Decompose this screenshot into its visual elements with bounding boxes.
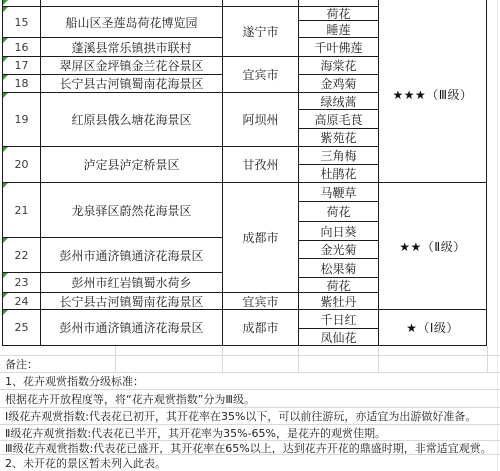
cell-flag-icon: [3, 238, 8, 243]
flower-cell[interactable]: 马鞭草: [299, 183, 378, 202]
gridline: [298, 356, 299, 372]
notes-section: 备注： 1、花卉观赏指数分级标准： 根据花卉开放程度等，将“花卉观赏指数”分为Ⅲ…: [0, 346, 500, 471]
flower-cell[interactable]: 千叶佛莲: [299, 38, 378, 56]
table-row: 23 彭州市红岩镇蜀水荷乡: [3, 273, 223, 292]
cell-flag-icon: [3, 183, 8, 188]
flower-name: 金鸡菊: [320, 75, 356, 92]
note-line[interactable]: 2、未开花的景区暂未列入此表。: [0, 455, 500, 471]
city-group: 20 泸定县泸定桥景区 甘孜州 三角梅 杜鹃花: [3, 147, 379, 182]
flower-name: 千日红: [320, 311, 356, 328]
note-text: Ⅱ级花卉观赏指数:代表花已半开，其开花率为35%-65%，是花卉的观赏佳期。: [5, 425, 386, 441]
gridline: [487, 346, 488, 355]
scenic-area-name: 长宁县古河镇蜀南花海景区: [59, 75, 203, 92]
scenic-area-name: 龙泉驿区蔚然花海景区: [71, 202, 191, 219]
city-name: 成都市: [242, 319, 278, 336]
flower-cell[interactable]: 荷花: [299, 278, 378, 292]
flower-cell[interactable]: 海棠花: [299, 57, 378, 75]
row-number-cell[interactable]: 17: [3, 57, 41, 74]
cell-flag-icon: [3, 75, 8, 80]
flower-name: 紫苑花: [320, 129, 356, 146]
row-number-cell[interactable]: 25: [3, 310, 41, 345]
city-name: 阿坝州: [242, 111, 278, 128]
table-row: 20 泸定县泸定桥景区: [3, 147, 223, 182]
rating-cell[interactable]: ★★（Ⅱ级）: [379, 183, 487, 309]
scenic-area-name-cell[interactable]: 长宁县古河镇蜀南花海景区: [41, 75, 223, 92]
scenic-area-name-cell[interactable]: 彭州市通济镇通济花海景区: [41, 238, 223, 272]
flower-name: 紫牡丹: [320, 293, 356, 309]
city-group: 17 翠屏区金坪镇金兰花谷景区 18 长宁县古河镇蜀南花海景区 宜宾市 海棠花 …: [3, 57, 379, 93]
flower-cell[interactable]: 荷花: [299, 7, 378, 21]
scenic-area-name-cell[interactable]: 长宁县古河镇蜀南花海景区: [41, 293, 223, 309]
spreadsheet: 15 船山区圣莲岛荷花博览园 16 蓬溪县常乐镇拱市联村 遂宁市 荷花 睡莲 千…: [0, 0, 500, 471]
flower-cell[interactable]: 金鸡菊: [299, 75, 378, 92]
rating-block: 25 彭州市通济镇通济花海景区 成都市 千日红 凤仙花 ★（Ⅰ级）: [3, 310, 487, 346]
row-number-cell[interactable]: 15: [3, 7, 41, 37]
city-cell[interactable]: 甘孜州: [223, 147, 299, 182]
cell-flag-icon: [3, 293, 8, 298]
gridline: [487, 356, 488, 372]
rating-cell[interactable]: [379, 0, 487, 7]
notes-label-cell[interactable]: 备注：: [0, 356, 500, 373]
row-number: 19: [15, 113, 29, 126]
row-number-cell[interactable]: 22: [3, 238, 41, 272]
note-text: Ⅰ级花卉观赏指数:代表花已初开，其开花率在35%以下，可以前往游玩，亦适宜为出游…: [5, 408, 476, 424]
note-text: 1、花卉观赏指数分级标准：: [5, 373, 144, 389]
city-name: 甘孜州: [242, 156, 278, 173]
row-number: 23: [15, 276, 29, 289]
cell-flag-icon: [3, 0, 8, 5]
table-row: 21 龙泉驿区蔚然花海景区: [3, 183, 223, 238]
cell-flag-icon: [3, 93, 8, 98]
gridline: [378, 346, 379, 355]
scenic-area-name: 翠屏区金坪镇金兰花谷景区: [59, 57, 203, 74]
row-number: 15: [15, 16, 29, 29]
table-row: 18 长宁县古河镇蜀南花海景区: [3, 75, 223, 92]
city-cell[interactable]: 宜宾市: [223, 293, 299, 309]
scenic-area-name: 红原县俄么塘花海景区: [71, 111, 191, 128]
row-number-cell[interactable]: 24: [3, 293, 41, 309]
flower-cell[interactable]: 绿绒蒿: [299, 93, 378, 110]
city-group: 21 龙泉驿区蔚然花海景区 22 彭州市通济镇通济花海景区 23 彭州市红岩镇蜀…: [3, 183, 379, 293]
city-name: 成都市: [242, 229, 278, 246]
partial-row-top: [3, 0, 487, 7]
table-row: 17 翠屏区金坪镇金兰花谷景区: [3, 57, 223, 75]
flower-name: 荷花: [326, 278, 350, 292]
scenic-area-name: 彭州市通济镇通济花海景区: [59, 319, 203, 336]
flower-name: 荷花: [326, 203, 350, 220]
scenic-area-name: 蓬溪县常乐镇拱市联村: [71, 39, 191, 56]
cell-flag-icon: [3, 310, 8, 315]
row-number: 17: [15, 59, 29, 72]
row-number: 21: [15, 204, 29, 217]
rating-block: 15 船山区圣莲岛荷花博览园 16 蓬溪县常乐镇拱市联村 遂宁市 荷花 睡莲 千…: [3, 7, 487, 183]
row-number-cell[interactable]: 20: [3, 147, 41, 182]
gridline: [115, 356, 116, 372]
scenic-area-name-cell[interactable]: 龙泉驿区蔚然花海景区: [41, 183, 223, 237]
row-number-cell[interactable]: 19: [3, 93, 41, 146]
scenic-area-name-cell[interactable]: 泸定县泸定桥景区: [41, 147, 223, 182]
scenic-area-name-cell[interactable]: 红原县俄么塘花海景区: [41, 93, 223, 146]
row-number: 20: [15, 158, 29, 171]
row-number: 24: [15, 295, 29, 308]
cell-flag-icon: [3, 57, 8, 62]
cell-flag-icon: [3, 273, 8, 278]
row-number: 25: [15, 321, 29, 334]
scenic-area-name-cell[interactable]: [41, 0, 223, 7]
city-cell[interactable]: 遂宁市: [223, 7, 299, 56]
flower-cell[interactable]: 荷花: [299, 202, 378, 222]
row-number-cell[interactable]: 18: [3, 75, 41, 92]
notes-label: 备注：: [5, 356, 38, 372]
rating-text: ★★（Ⅱ级）: [399, 238, 465, 255]
flower-name: 三角梅: [320, 147, 356, 164]
note-line[interactable]: 1、花卉观赏指数分级标准：: [0, 373, 500, 390]
scenic-area-name-cell[interactable]: 翠屏区金坪镇金兰花谷景区: [41, 57, 223, 74]
cell-flag-icon: [3, 38, 8, 43]
flower-cell[interactable]: 高原毛茛: [299, 110, 378, 129]
note-text: 根据花卉开放程度等，将“花卉观赏指数”分为Ⅲ级。: [5, 391, 255, 407]
row-number: 22: [15, 249, 29, 262]
scenic-area-name: 船山区圣莲岛荷花博览园: [65, 14, 197, 31]
flower-name: 松果菊: [320, 260, 356, 277]
note-line[interactable]: 根据花卉开放程度等，将“花卉观赏指数”分为Ⅲ级。: [0, 390, 500, 408]
flower-name: 荷花: [326, 7, 350, 21]
flower-cell[interactable]: 三角梅: [299, 147, 378, 165]
row-number-cell[interactable]: 16: [3, 38, 41, 56]
flower-cell[interactable]: 金光菊: [299, 241, 378, 259]
city-name: 宜宾市: [242, 293, 278, 310]
gridline: [222, 356, 223, 372]
table-row: 25 彭州市通济镇通济花海景区: [3, 310, 223, 345]
city-name: 遂宁市: [242, 23, 278, 40]
cell-flag-icon: [3, 147, 8, 152]
city-group: 19 红原县俄么塘花海景区 阿坝州 绿绒蒿 高原毛茛 紫苑花: [3, 93, 379, 147]
flower-name: 马鞭草: [320, 184, 356, 201]
city-group: 24 长宁县古河镇蜀南花海景区 宜宾市 紫牡丹: [3, 293, 379, 309]
flower-name: 绿绒蒿: [320, 93, 356, 110]
empty-row[interactable]: [0, 346, 500, 356]
flower-name: 凤仙花: [320, 329, 356, 345]
city-cell[interactable]: [223, 0, 299, 7]
gridline: [222, 346, 223, 355]
flower-cell[interactable]: 千日红: [299, 310, 378, 329]
table-row: 16 蓬溪县常乐镇拱市联村: [3, 38, 223, 56]
table-row: 15 船山区圣莲岛荷花博览园: [3, 7, 223, 38]
row-number: 16: [15, 41, 29, 54]
flower-name: 高原毛茛: [314, 111, 362, 128]
table-row: 24 长宁县古河镇蜀南花海景区: [3, 293, 223, 309]
city-name: 宜宾市: [242, 66, 278, 83]
city-cell[interactable]: 阿坝州: [223, 93, 299, 146]
table-row: 19 红原县俄么塘花海景区: [3, 93, 223, 146]
note-line[interactable]: Ⅰ级花卉观赏指数:代表花已初开，其开花率在35%以下，可以前往游玩，亦适宜为出游…: [0, 408, 500, 425]
note-text: 2、未开花的景区暂未列入此表。: [5, 455, 166, 471]
table-row: 22 彭州市通济镇通济花海景区: [3, 238, 223, 273]
flower-name: 杜鹃花: [320, 165, 356, 182]
rating-block: 21 龙泉驿区蔚然花海景区 22 彭州市通济镇通济花海景区 23 彭州市红岩镇蜀…: [3, 183, 487, 310]
flower-name: 金光菊: [320, 241, 356, 258]
gridline: [298, 346, 299, 355]
scenic-area-name-cell[interactable]: 船山区圣莲岛荷花博览园: [41, 7, 223, 37]
flower-cell[interactable]: 紫苑花: [299, 129, 378, 146]
scenic-area-name: 彭州市红岩镇蜀水荷乡: [71, 274, 191, 291]
cell-flag-icon: [3, 7, 8, 12]
note-line[interactable]: Ⅱ级花卉观赏指数:代表花已半开，其开花率为35%-65%，是花卉的观赏佳期。: [0, 425, 500, 441]
scenic-area-name: 泸定县泸定桥景区: [83, 156, 179, 173]
rating-text: ★（Ⅰ级）: [406, 319, 459, 336]
scenic-area-name-cell[interactable]: 蓬溪县常乐镇拱市联村: [41, 38, 223, 56]
row-number-cell[interactable]: 23: [3, 273, 41, 292]
city-cell[interactable]: 宜宾市: [223, 57, 299, 92]
gridline: [115, 346, 116, 355]
flower-name: 向日葵: [320, 223, 356, 240]
city-cell[interactable]: 成都市: [223, 183, 299, 292]
city-cell[interactable]: 成都市: [223, 310, 299, 345]
flower-cell[interactable]: 睡莲: [299, 21, 378, 38]
flower-name: 睡莲: [326, 21, 350, 38]
row-number: 18: [15, 77, 29, 90]
scenic-area-name-cell[interactable]: 彭州市通济镇通济花海景区: [41, 310, 223, 345]
note-text: Ⅲ级花卉观赏指数:代表花已盛开，其开花率在65%以上，达到花卉开花的鼎盛时期，非…: [5, 441, 492, 455]
city-group: 15 船山区圣莲岛荷花博览园 16 蓬溪县常乐镇拱市联村 遂宁市 荷花 睡莲 千…: [3, 7, 379, 57]
row-number-cell[interactable]: [3, 0, 41, 7]
scenic-area-name-cell[interactable]: 彭州市红岩镇蜀水荷乡: [41, 273, 223, 292]
scenic-area-name: 长宁县古河镇蜀南花海景区: [59, 293, 203, 310]
city-group: 25 彭州市通济镇通济花海景区 成都市 千日红 凤仙花: [3, 310, 379, 345]
row-number-cell[interactable]: 21: [3, 183, 41, 237]
flower-cell[interactable]: 凤仙花: [299, 329, 378, 345]
note-line[interactable]: Ⅲ级花卉观赏指数:代表花已盛开，其开花率在65%以上，达到花卉开花的鼎盛时期，非…: [0, 441, 500, 455]
rating-text: ★★★（Ⅲ级）: [392, 86, 472, 103]
flower-cell[interactable]: 松果菊: [299, 259, 378, 278]
scenic-area-name: 彭州市通济镇通济花海景区: [59, 247, 203, 264]
flower-cell[interactable]: [299, 0, 379, 7]
flower-cell[interactable]: 紫牡丹: [299, 293, 378, 309]
flower-cell[interactable]: 向日葵: [299, 222, 378, 241]
flower-cell[interactable]: 杜鹃花: [299, 165, 378, 182]
flower-name: 千叶佛莲: [314, 39, 362, 56]
rating-cell[interactable]: ★（Ⅰ级）: [379, 310, 487, 345]
flower-index-table: 15 船山区圣莲岛荷花博览园 16 蓬溪县常乐镇拱市联村 遂宁市 荷花 睡莲 千…: [2, 0, 487, 346]
rating-cell[interactable]: ★★★（Ⅲ级）: [379, 7, 487, 182]
gridline: [378, 356, 379, 372]
flower-name: 海棠花: [320, 57, 356, 74]
